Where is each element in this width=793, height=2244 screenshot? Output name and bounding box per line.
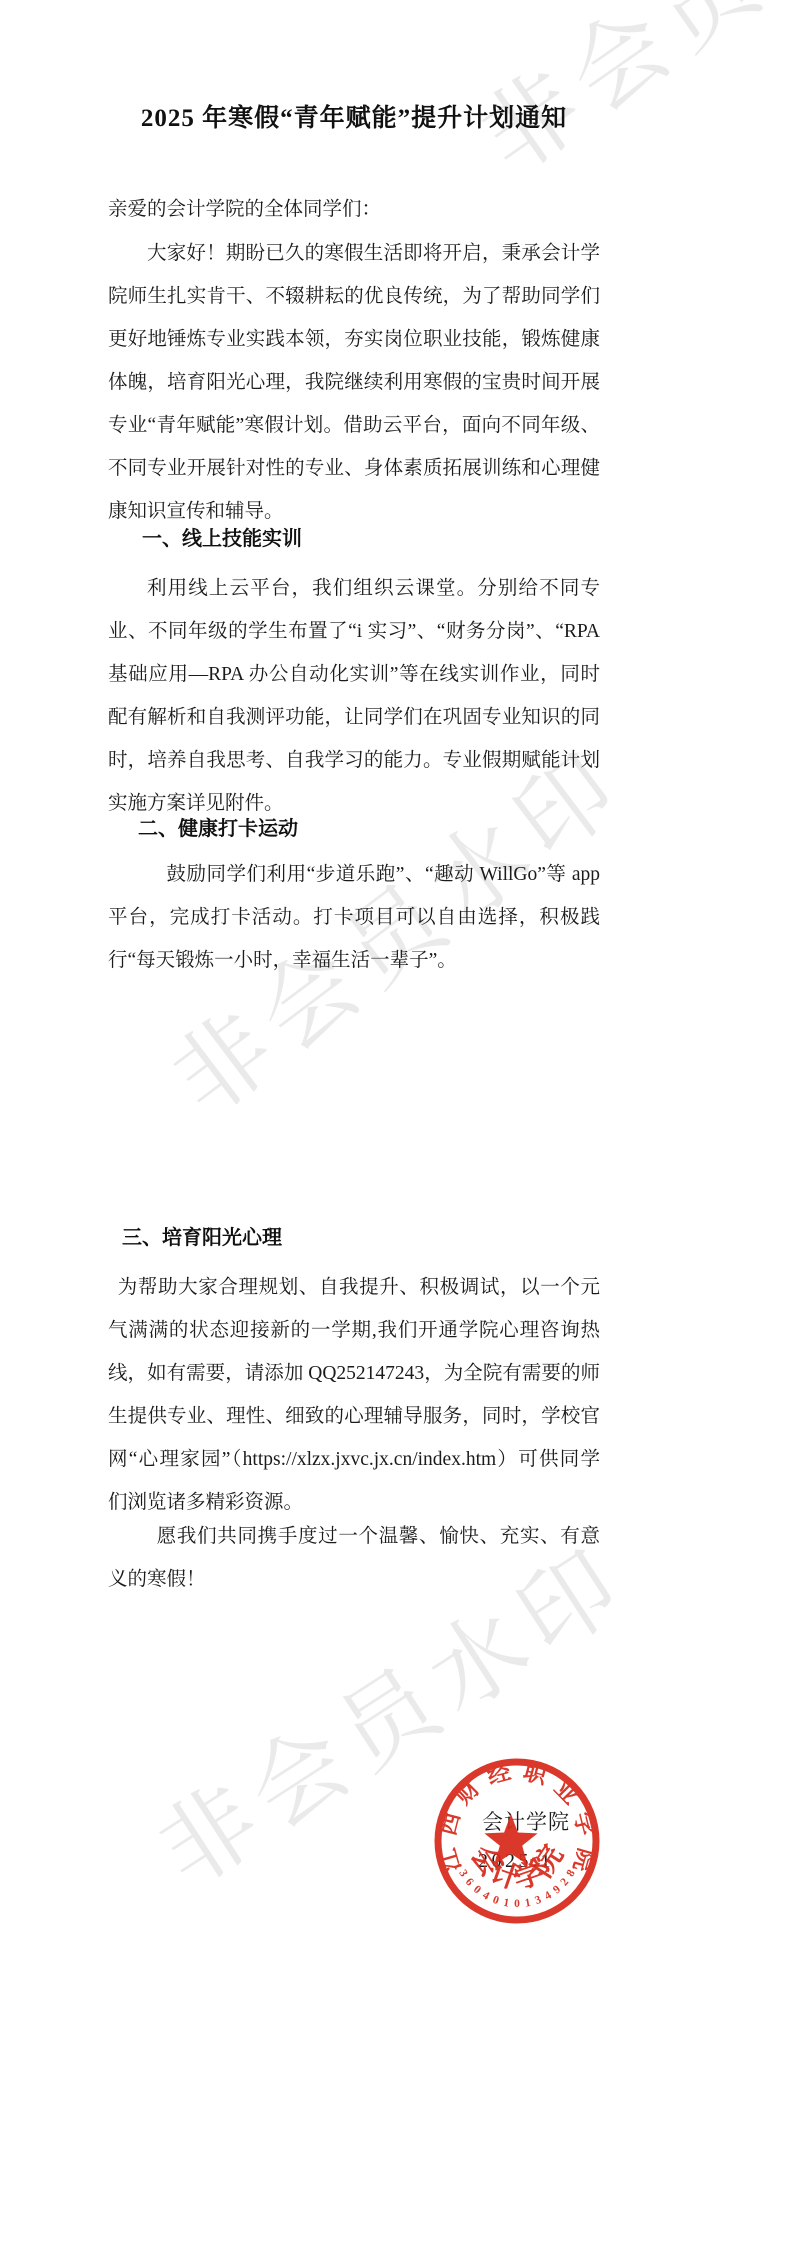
notice-title: 2025 年寒假“青年赋能”提升计划通知 <box>108 98 600 134</box>
section-3-body: 为帮助大家合理规划、自我提升、积极调试，以一个元气满满的状态迎接新的一学期,我们… <box>108 1266 600 1524</box>
closing-paragraph: 愿我们共同携手度过一个温馨、愉快、充实、有意义的寒假！ <box>108 1515 600 1601</box>
official-seal-stamp: 江西财经职业学院 会计学院 3604010134928 <box>431 1755 603 1927</box>
section-1-body: 利用线上云平台，我们组织云课堂。分别给不同专业、不同年级的学生布置了“i 实习”… <box>108 567 600 825</box>
section-2-body: 鼓励同学们利用“步道乐跑”、“趣动 WillGo”等 app 平台，完成打卡活动… <box>108 853 600 982</box>
section-1-heading: 一、线上技能实训 <box>108 524 634 554</box>
section-2-heading: 二、健康打卡运动 <box>108 814 630 844</box>
intro-paragraph: 大家好！期盼已久的寒假生活即将开启，秉承会计学院师生扎实肯干、不辍耕耘的优良传统… <box>108 232 600 533</box>
salutation: 亲爱的会计学院的全体同学们： <box>108 188 600 231</box>
section-3-heading: 三、培育阳光心理 <box>108 1223 614 1253</box>
notice-page: 非会员水印 非会员水印 非会员水印 2025 年寒假“青年赋能”提升计划通知 亲… <box>0 0 793 2244</box>
